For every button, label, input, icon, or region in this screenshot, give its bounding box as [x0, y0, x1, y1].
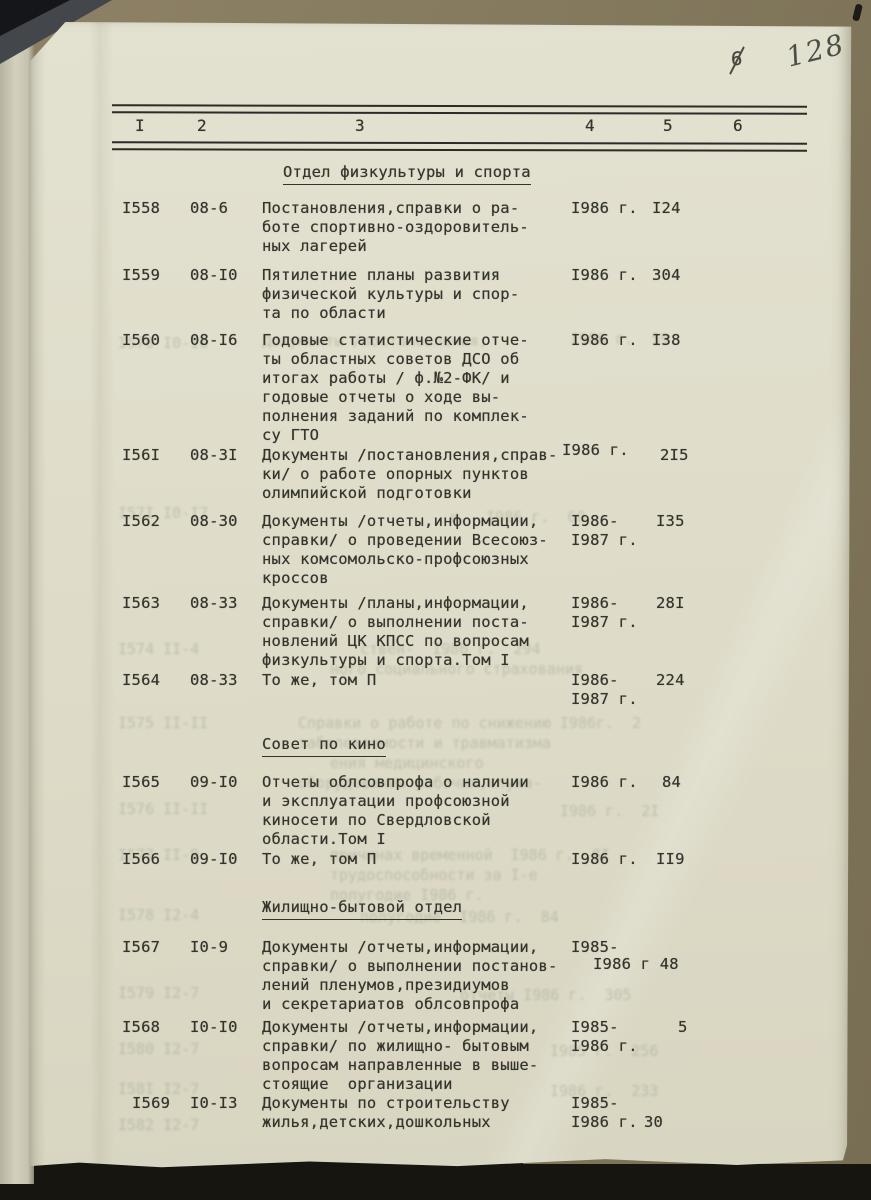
date-line: I985- [571, 1094, 652, 1113]
entry-row: I56008-I6Годовые статистические отче-ты … [122, 331, 852, 445]
title-line: су ГТО [262, 426, 567, 445]
date-line: I986 г. [571, 850, 652, 869]
entry-dates: I986-I987 г. [567, 594, 652, 670]
entry-dates: I985-I986 г. [567, 1094, 652, 1132]
column-number: 2 [197, 116, 207, 135]
entry-row: I567I0-9Документы /отчеты,информации,спр… [122, 938, 852, 1014]
date-line: I987 г. [571, 613, 652, 632]
document-page: I570 I0-I6Документы /постановления,I986 … [30, 22, 852, 1180]
title-line: та по области [262, 304, 567, 323]
title-line: Документы по строительству [262, 1094, 567, 1113]
entry-index: I0-9 [190, 938, 262, 1014]
title-line: справки/ о выполнении постанов- [262, 957, 567, 976]
entry-index: 09-I0 [190, 850, 262, 869]
entry-title: Документы /постановления,справ-ки/ о раб… [262, 446, 567, 503]
entry-count: 84 [662, 773, 712, 849]
title-line: Отчеты облсовпрофа о наличии [262, 773, 567, 792]
entry-row: I568I0-I0Документы /отчеты,информации,сп… [122, 1018, 852, 1094]
entry-row: I569I0-I3Документы по строительствужилья… [122, 1094, 852, 1132]
entry-dates: I986 г. [567, 199, 652, 256]
entry-row: I56208-30Документы /отчеты,информации,сп… [122, 512, 852, 588]
date-line: I986- [571, 594, 652, 613]
entry-title: То же, том П [262, 850, 567, 869]
entry-index: I0-I3 [190, 1094, 262, 1132]
entry-index: 08-6 [190, 199, 262, 256]
entry-title: Документы /отчеты,информации,справки/ о … [262, 938, 567, 1014]
entry-number: I563 [122, 594, 190, 670]
entry-number: I568 [122, 1018, 190, 1094]
entry-count: 30 [644, 1113, 712, 1132]
entry-count: 5 [678, 1018, 712, 1094]
title-line: олимпийской подготовки [262, 484, 567, 503]
handwritten-page-number: 128 [783, 27, 849, 73]
title-line: киносети по Свердловской [262, 811, 567, 830]
title-line: новлений ЦК КПСС по вопросам [262, 632, 567, 651]
entry-dates: I986 г. [558, 441, 652, 503]
section: Жилищно-бытовой отделI567I0-9Документы /… [30, 898, 852, 1132]
entry-count: I38 [652, 331, 712, 445]
entry-index: I0-I0 [190, 1018, 262, 1094]
column-number: 6 [733, 116, 743, 135]
title-line: То же, том П [262, 850, 567, 869]
entry-index: 08-I0 [190, 266, 262, 323]
entry-row: I56509-I0Отчеты облсовпрофа о наличиии э… [122, 773, 852, 849]
entry-row: I56I08-3IДокументы /постановления,справ-… [122, 446, 852, 503]
table-header: I23456 [112, 105, 807, 114]
title-line: ки/ о работе опорных пунктов [262, 465, 567, 484]
entry-title: Годовые статистические отче-ты областных… [262, 331, 567, 445]
entry-title: То же, том П [262, 671, 567, 709]
title-line: Документы /отчеты,информации, [262, 1018, 567, 1037]
entry-index: 08-I6 [190, 331, 262, 445]
entry-row: I55908-I0Пятилетние планы развитияфизиче… [122, 266, 852, 323]
title-line: Документы /постановления,справ- [262, 446, 567, 465]
title-line: вопросам направленные в выше- [262, 1056, 567, 1075]
date-line: I986 г. [571, 773, 652, 792]
entry-number: I56I [122, 446, 190, 503]
entry-number: I567 [122, 938, 190, 1014]
date-line: I986 г. [571, 266, 652, 285]
header-rule-top [112, 104, 807, 114]
title-line: справки/ по жилищно- бытовым [262, 1037, 567, 1056]
title-line: полнения заданий по комплек- [262, 407, 567, 426]
underlying-page-edge [0, 36, 34, 1184]
entry-row: I56408-33То же, том ПI986-I987 г.224 [122, 671, 852, 709]
entry-title: Отчеты облсовпрофа о наличиии эксплуатац… [262, 773, 567, 849]
title-line: стоящие организации [262, 1075, 567, 1094]
title-line: итогах работы / ф.№2-ФК/ и [262, 369, 567, 388]
date-line: I986 г. [571, 199, 652, 218]
title-line: физической культуры и спор- [262, 285, 567, 304]
entry-number: I559 [122, 266, 190, 323]
date-line: I986- [571, 671, 652, 690]
entry-row: I56308-33Документы /планы,информации,спр… [122, 594, 852, 670]
title-line: Документы /отчеты,информации, [262, 512, 567, 531]
entry-title: Документы /отчеты,информации,справки/ по… [262, 1018, 567, 1094]
title-line: лений пленумов,президиумов [262, 976, 567, 995]
entry-dates: I986 г. [567, 331, 652, 445]
entry-count: 224 [656, 671, 712, 709]
entry-number: I569 [122, 1094, 190, 1132]
entry-dates: I986 г. [567, 266, 652, 323]
column-number: 5 [663, 116, 673, 135]
entry-title: Документы по строительствужилья,детских,… [262, 1094, 567, 1132]
section-heading: Отдел физкультуры и спорта [283, 163, 531, 185]
column-number: 4 [585, 116, 595, 135]
sections: Отдел физкультуры и спортаI55808-6Постан… [30, 163, 852, 1132]
entry-dates: I986 г. [567, 850, 652, 869]
entry-index: 08-33 [190, 671, 262, 709]
entry-title: Документы /планы,информации,справки/ о в… [262, 594, 567, 670]
entry-number: I564 [122, 671, 190, 709]
title-line: Годовые статистические отче- [262, 331, 567, 350]
title-line: справки/ о выполнении поста- [262, 613, 567, 632]
section-heading: Совет по кино [262, 735, 386, 757]
entry-dates: I985-I986 г. [567, 1018, 652, 1094]
entry-dates: I986-I987 г. [567, 671, 652, 709]
title-line: и эксплуатации профсоюзной [262, 792, 567, 811]
entry-index: 09-I0 [190, 773, 262, 849]
title-line: кроссов [262, 569, 567, 588]
title-line: То же, том П [262, 671, 567, 690]
title-line: справки/ о проведении Всесоюз- [262, 531, 567, 550]
date-line: I986 г. [571, 1037, 652, 1056]
date-line: I986 г. [571, 331, 652, 350]
entry-index: 08-30 [190, 512, 262, 588]
column-numbers: I23456 [112, 116, 807, 136]
title-line: Пятилетние планы развития [262, 266, 567, 285]
section-heading: Жилищно-бытовой отдел [262, 898, 462, 920]
date-line: I986 г 48 [593, 955, 674, 974]
title-line: ных лагерей [262, 237, 567, 256]
entry-number: I560 [122, 331, 190, 445]
entry-row: I56609-I0То же, том ПI986 г.II9 [122, 850, 852, 869]
title-line: области.Том I [262, 830, 567, 849]
entry-dates: I986-I987 г. [567, 512, 652, 588]
title-line: Документы /отчеты,информации, [262, 938, 567, 957]
entry-count: 304 [652, 266, 712, 323]
backdrop-bottom-shadow [0, 1164, 871, 1200]
title-line: годовые отчеты о ходе вы- [262, 388, 567, 407]
date-line: I987 г. [571, 690, 652, 709]
date-line: I985- [571, 1018, 652, 1037]
section: Отдел физкультуры и спортаI55808-6Постан… [30, 163, 852, 709]
section: Совет по киноI56509-I0Отчеты облсовпрофа… [30, 735, 852, 869]
edge-ink-mark [852, 3, 863, 21]
title-line: ных комсомольско-профсоюзных [262, 550, 567, 569]
entry-count: 28I [656, 594, 712, 670]
entry-title: Пятилетние планы развитияфизической куль… [262, 266, 567, 323]
entry-count: 2I5 [660, 446, 712, 503]
entry-number: I566 [122, 850, 190, 869]
entry-number: I558 [122, 199, 190, 256]
date-line: I986- [571, 512, 652, 531]
scan-backdrop: I570 I0-I6Документы /постановления,I986 … [0, 0, 871, 1200]
entry-title: Документы /отчеты,информации,справки/ о … [262, 512, 567, 588]
entry-title: Постановления,справки о ра-боте спортивн… [262, 199, 567, 256]
title-line: ты областных советов ДСО об [262, 350, 567, 369]
entry-index: 08-33 [190, 594, 262, 670]
date-line: I986 г. [571, 1113, 652, 1132]
date-line: I987 г. [571, 531, 652, 550]
entry-count [652, 938, 712, 1014]
entry-count: II9 [656, 850, 712, 869]
entry-row: I55808-6Постановления,справки о ра-боте … [122, 199, 852, 256]
entry-count: I24 [652, 199, 712, 256]
title-line: Постановления,справки о ра- [262, 199, 567, 218]
title-line: жилья,детских,дошкольных [262, 1113, 567, 1132]
header-rule-bottom [112, 141, 807, 151]
column-number: 3 [355, 116, 365, 135]
entry-number: I562 [122, 512, 190, 588]
entry-dates: I986 г. [567, 773, 652, 849]
entry-dates: I985-I986 г 48 [567, 938, 652, 1014]
entry-number: I565 [122, 773, 190, 849]
title-line: и секретариатов облсовпрофа [262, 995, 567, 1014]
entry-count: I35 [656, 512, 712, 588]
column-number: I [135, 116, 145, 135]
date-line: I986 г. [562, 441, 652, 460]
title-line: боте спортивно-оздоровитель- [262, 218, 567, 237]
title-line: Документы /планы,информации, [262, 594, 567, 613]
title-line: физкультуры и спорта.Том I [262, 651, 567, 670]
entry-index: 08-3I [190, 446, 262, 503]
